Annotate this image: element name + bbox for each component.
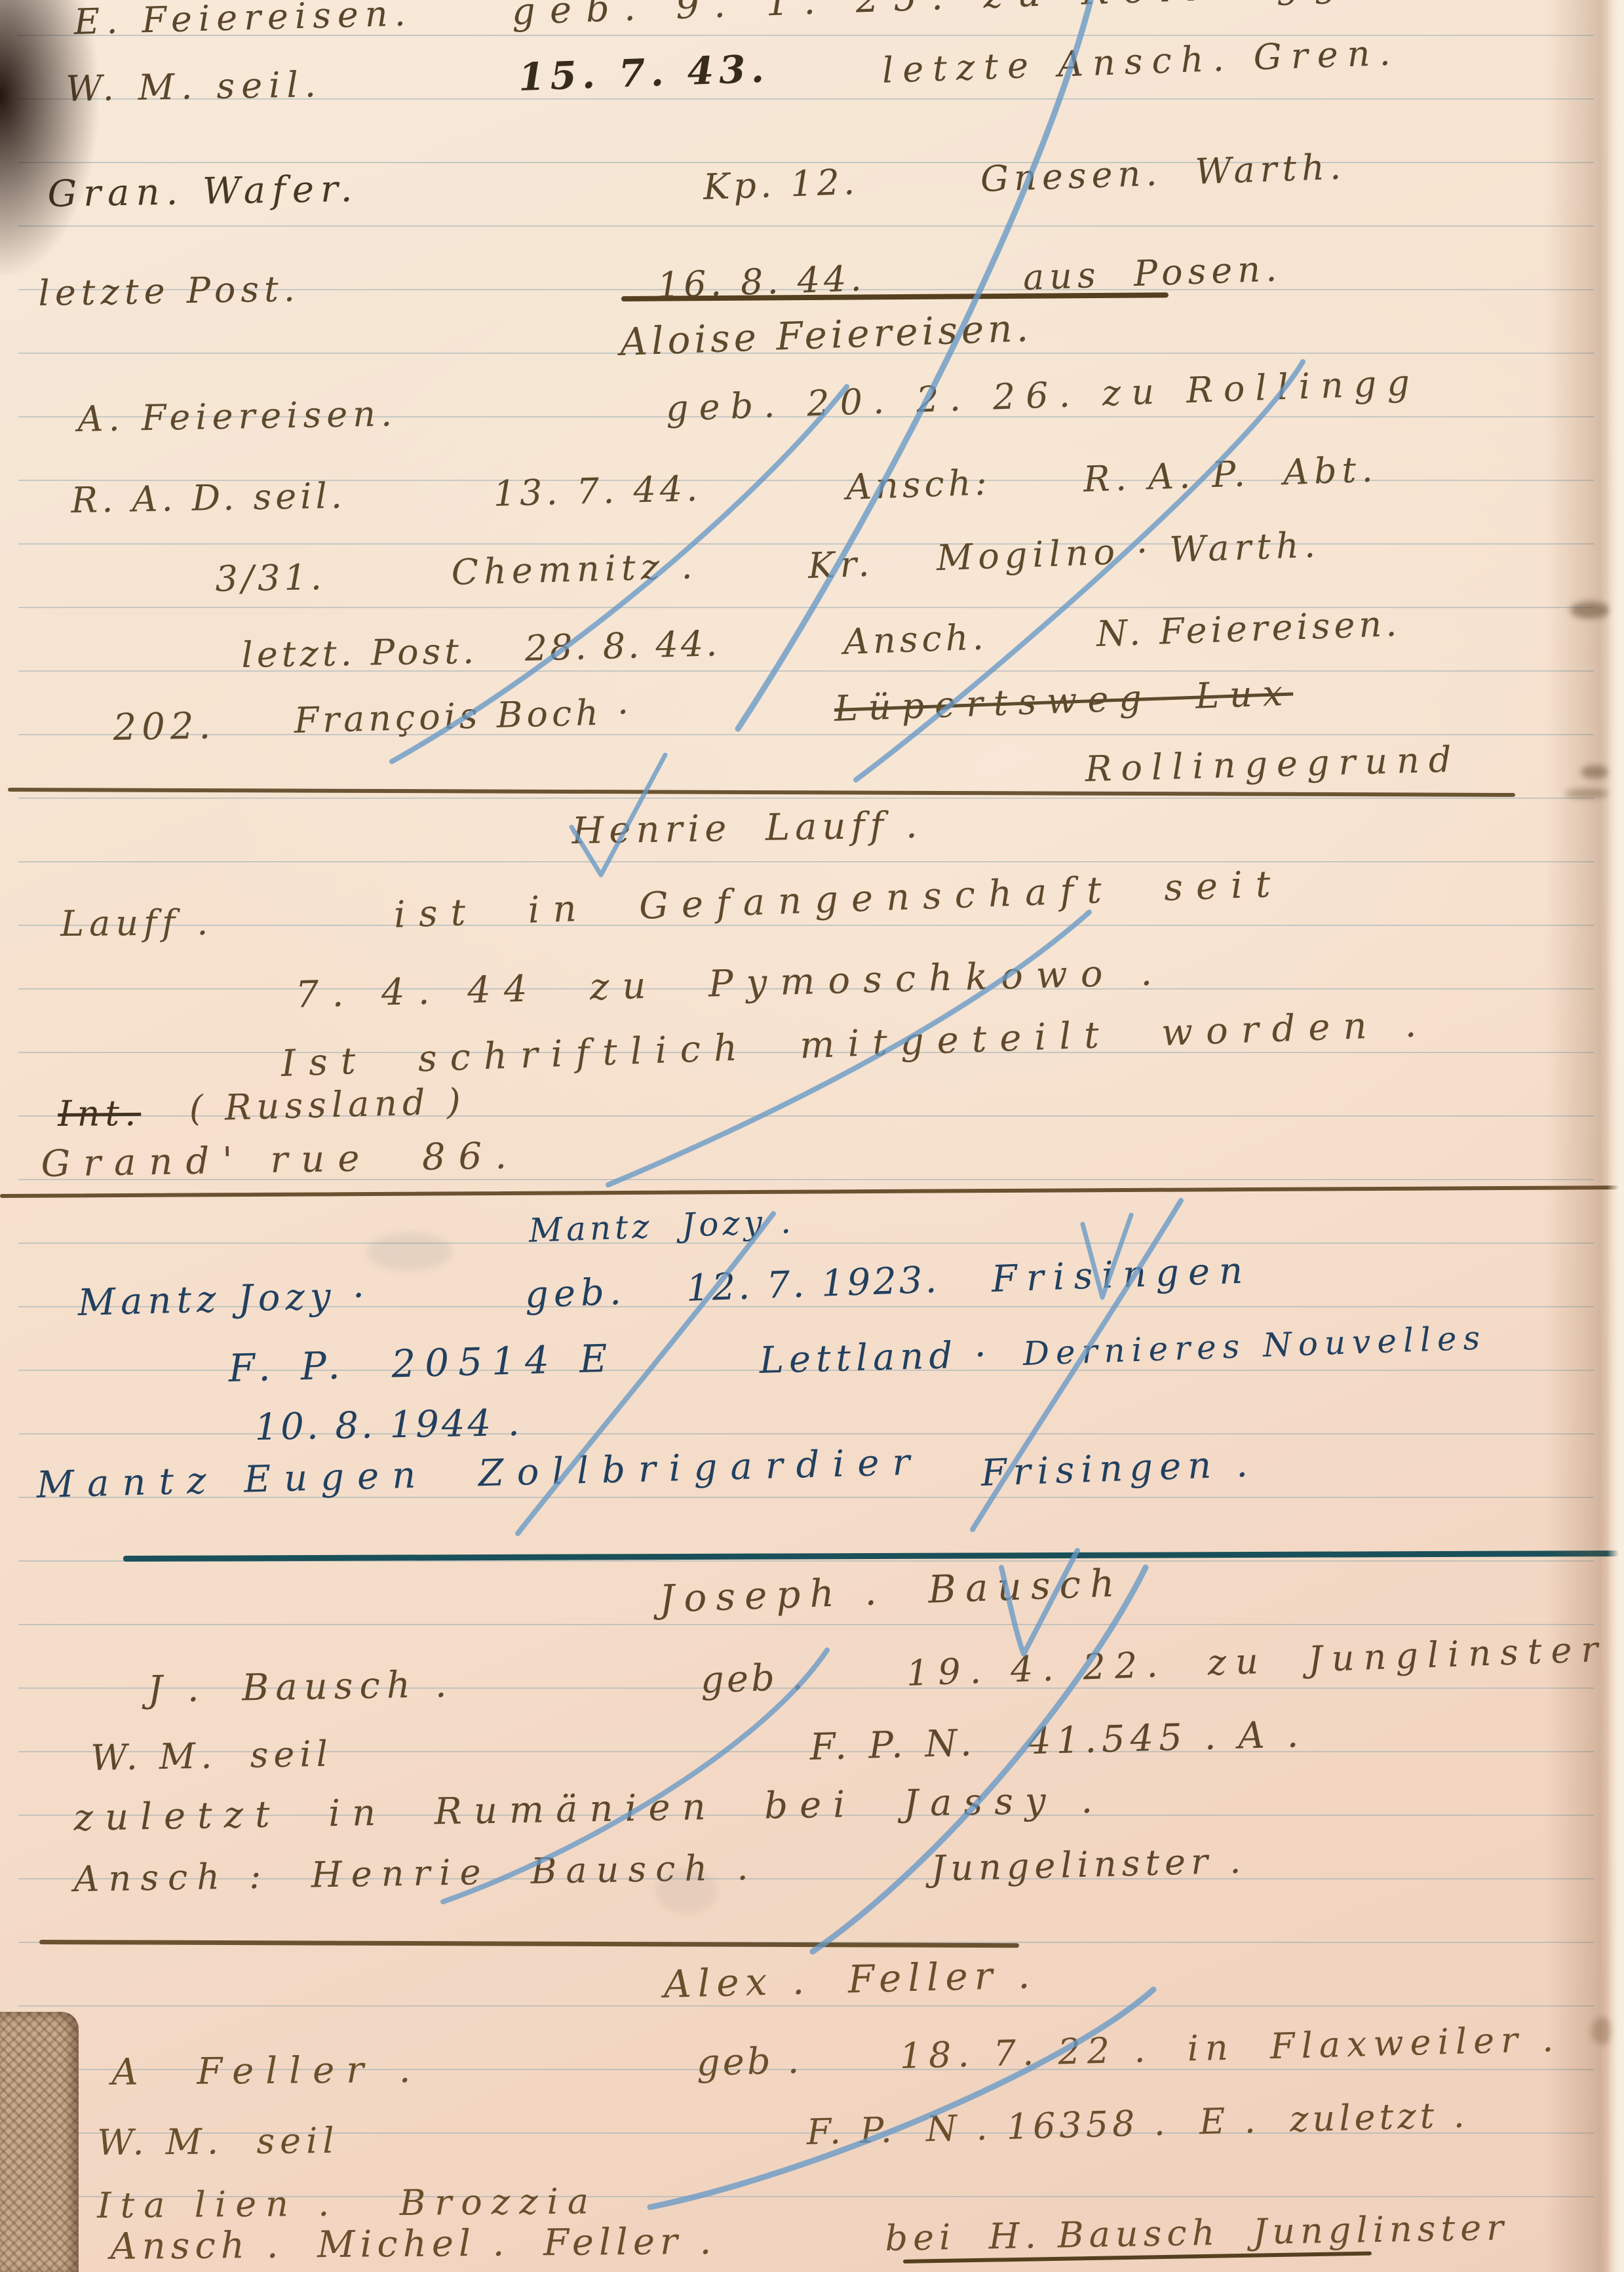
- handwriting-segment: 16. 8. 44.: [657, 260, 866, 305]
- handwriting-segment: E. Feiereisen.: [73, 0, 412, 41]
- handwriting-segment: W. M. seil: [90, 1736, 333, 1777]
- handwriting-segment: J . Bausch .: [147, 1666, 454, 1710]
- book-spine: [0, 0, 71, 2272]
- handwriting-segment: 28. 8. 44.: [524, 625, 720, 667]
- handwriting-segment: Frisingen: [991, 1252, 1252, 1300]
- handwriting-segment: bei H. Bausch Junglinster: [885, 2209, 1509, 2257]
- ruled-line: [18, 2005, 1594, 2007]
- ruled-line: [18, 734, 1594, 735]
- handwriting-segment: R. A. P. Abt.: [1083, 451, 1378, 498]
- handwriting-segment: A. Feiereisen.: [77, 395, 398, 438]
- handwriting-segment: Ita lien . Brozzia: [97, 2183, 598, 2224]
- rule-above-lauff: [8, 788, 1515, 797]
- ruled-line: [18, 543, 1594, 545]
- handwriting-segment: W. M. seil: [97, 2123, 339, 2162]
- ink-smudge: [655, 1868, 718, 1914]
- handwriting-segment: Mantz Jozy ·: [77, 1277, 370, 1322]
- handwriting-segment: Frisingen .: [980, 1445, 1255, 1493]
- next-page-edge: [1607, 0, 1624, 2272]
- handwriting-segment: Mantz Eugen Zollbrigardier: [36, 1444, 923, 1505]
- strike-feller: [650, 1990, 1153, 2207]
- handwriting-segment: 18. 7. 22 . in Flaxweiler .: [899, 2021, 1560, 2075]
- handwriting-segment: geb .: [696, 2042, 802, 2083]
- handwriting-segment: 13. 7. 44.: [493, 471, 702, 513]
- handwriting-segment: geb. 9. 1. 25. zu Rollingg .: [511, 0, 1404, 32]
- heading-entry-alex-feller: Alex . Feller .: [663, 1955, 1037, 2005]
- handwriting-segment: Gnesen. Warth.: [980, 149, 1347, 199]
- handwriting-segment: Dernieres Nouvelles: [1022, 1320, 1487, 1371]
- handwriting-segment: R. A. D. seil.: [71, 478, 346, 520]
- heading-entry-joseph-bausch: Joseph . Bausch: [659, 1563, 1124, 1619]
- ruled-line: [18, 1242, 1594, 1244]
- handwriting-segment: Ansch:: [845, 464, 992, 506]
- ink-smudge: [1581, 765, 1608, 779]
- handwriting-segment: F. P. N . 16358 . E . zuletzt .: [806, 2097, 1469, 2151]
- handwriting-segment: 15. 7. 43.: [518, 49, 770, 98]
- handwriting-segment: geb. 20. 2. 26. zu Rollingg: [665, 364, 1421, 428]
- handwriting-segment: A Feller .: [111, 2051, 423, 2092]
- heading-entry-henrie-lauff: Henrie Lauff .: [571, 807, 923, 851]
- handwriting-segment: Kr.: [807, 545, 875, 585]
- handwriting-segment: 12. 7. 1923.: [686, 1261, 940, 1309]
- handwriting-segment: Ist schriftlich mitgeteilt worden .: [280, 1005, 1430, 1084]
- heading-entry-aloise-feiereisen: Aloise Feiereisen.: [619, 308, 1033, 362]
- handwriting-segment: François Boch ·: [294, 693, 633, 739]
- ruled-line: [18, 861, 1594, 862]
- handwriting-segment: Kp. 12.: [703, 164, 859, 206]
- handwriting-segment: Chemnitz .: [451, 548, 698, 592]
- handwriting-segment: Ansch.: [843, 619, 988, 661]
- ink-smudge: [367, 1232, 452, 1271]
- handwriting-segment: Jungelinster .: [931, 1842, 1247, 1887]
- handwriting-segment: 10. 8. 1944 .: [254, 1404, 522, 1448]
- rule-above-mantz: [0, 1185, 1624, 1198]
- handwriting-segment: N. Feiereisen.: [1096, 606, 1401, 653]
- handwriting-segment: F. P. 20514 E: [228, 1339, 617, 1389]
- handwriting-segment: Lauff .: [60, 904, 214, 943]
- handwriting-segment: Rollingegrund: [1085, 741, 1461, 788]
- heading-entry-mantz-jozy: Mantz Jozy .: [528, 1204, 796, 1248]
- handwriting-segment: Gran. Wafer.: [47, 170, 359, 214]
- handwriting-segment: Lettland ·: [759, 1336, 992, 1381]
- handwriting-segment: aus Posen.: [1022, 250, 1283, 296]
- rule-above-feller: [39, 1940, 1019, 1948]
- ruled-line: [18, 1624, 1594, 1625]
- handwriting-segment: 202.: [113, 707, 216, 748]
- ink-smudge: [1565, 789, 1608, 798]
- handwriting-segment: W. M. seil.: [66, 66, 322, 108]
- handwriting-segment: Ansch . Michel . Feller .: [110, 2223, 717, 2267]
- handwriting-segment: geb.: [524, 1273, 627, 1315]
- handwriting-segment: Mogilno · Warth.: [936, 527, 1321, 577]
- handwriting-segment: geb .: [700, 1658, 806, 1700]
- ruled-line: [18, 925, 1594, 926]
- handwriting-segment: letzte Ansch. Gren.: [881, 34, 1400, 89]
- handwriting-segment: letzt. Post.: [241, 633, 478, 674]
- handwriting-segment: Grand' rue 86.: [41, 1137, 520, 1184]
- handwriting-segment: ( Russland ): [189, 1083, 466, 1128]
- handwriting-segment: Int.: [58, 1095, 141, 1133]
- handwriting-segment: 3/31.: [215, 559, 326, 598]
- handwriting-segment: 19. 4. 22. zu Junglinster: [906, 1631, 1608, 1693]
- notebook-page: E. Feiereisen.geb. 9. 1. 25. zu Rollingg…: [0, 0, 1624, 2272]
- ink-smudge: [1570, 602, 1610, 619]
- handwriting-segment: F. P. N. 41.545 . A .: [809, 1716, 1304, 1767]
- ruled-line: [18, 225, 1594, 227]
- scanned-notebook-page: { "palette":{ "paper":"#f5e0cc", "ruling…: [0, 0, 1624, 2272]
- handwriting-segment: 7. 4. 44 zu Pymoschkowo .: [295, 953, 1166, 1015]
- handwriting-segment: zuletzt in Rumänien bei Jassy .: [73, 1782, 1105, 1838]
- handwriting-segment: Lüpertsweg Lux: [834, 675, 1294, 728]
- ink-smudge: [1591, 2017, 1614, 2045]
- page-gutter-shadow: [1545, 0, 1624, 2272]
- spine-fabric: [0, 2012, 79, 2272]
- ruled-line: [18, 798, 1594, 799]
- handwriting-segment: letzte Post.: [38, 271, 300, 313]
